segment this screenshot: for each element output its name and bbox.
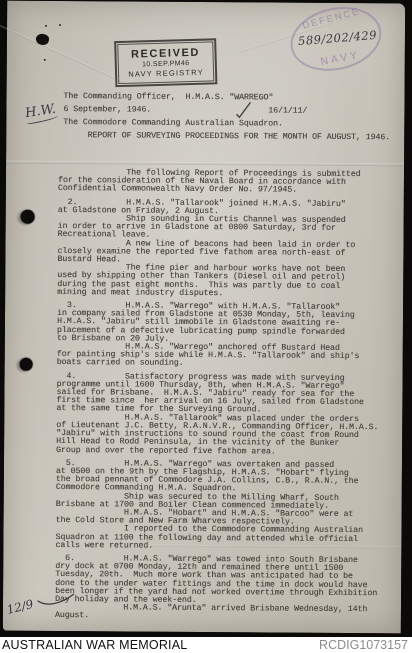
paragraph-6: 6. H.M.A.S. "Warrego" was towed into Sou… [55,555,377,623]
document-page: RECEIVED 10.SEP.PM46 NAVY REGISTRY DEFEN… [3,1,405,634]
received-stamp-frame: RECEIVED 10.SEP.PM46 NAVY REGISTRY [117,41,214,84]
institution-label: AUSTRALIAN WAR MEMORIAL [0,638,187,652]
paper-crease [0,22,131,86]
handwritten-initials: H.W. [24,102,58,125]
navy-stamp-text: NAVY [296,44,385,72]
letter-header: The Commanding Officer, H.M.A.S. "WARREG… [58,90,390,144]
ink-speck [45,25,47,27]
handwritten-date-text: 12/9 [5,597,34,617]
ink-speck [44,59,46,61]
paragraph-4: 4. Satisfactory progress was made with s… [56,373,379,457]
punch-hole [21,210,35,224]
received-stamp-office: NAVY REGISTRY [128,68,204,79]
received-stamp-title: RECEIVED [131,47,200,61]
received-registry-stamp: RECEIVED 10.SEP.PM46 NAVY REGISTRY [114,38,217,87]
paragraph-2: 2. H.M.A.S. "Tallarook" joined H.M.A.S. … [57,199,380,300]
ink-speck [59,24,61,26]
archive-caption-bar: AUSTRALIAN WAR MEMORIAL RCDIG1073157 [0,637,412,653]
scan-viewer: RECEIVED 10.SEP.PM46 NAVY REGISTRY DEFEN… [0,0,412,653]
record-id-label: RCDIG1073157 [319,638,412,652]
letter-body: The following Report of Proceedings is s… [55,169,380,628]
paper-crease [6,161,404,167]
paragraph-3: 3. H.M.A.S. "Warrego" with H.M.A.S. "Tal… [57,302,379,370]
paragraph-intro: The following Report of Proceedings is s… [58,169,380,196]
paragraph-5: 5. H.M.A.S. "Warrego" was overtaken and … [55,460,378,552]
received-stamp-date: 10.SEP.PM46 [142,60,190,68]
ink-blot [35,32,51,47]
punch-hole [20,358,33,371]
